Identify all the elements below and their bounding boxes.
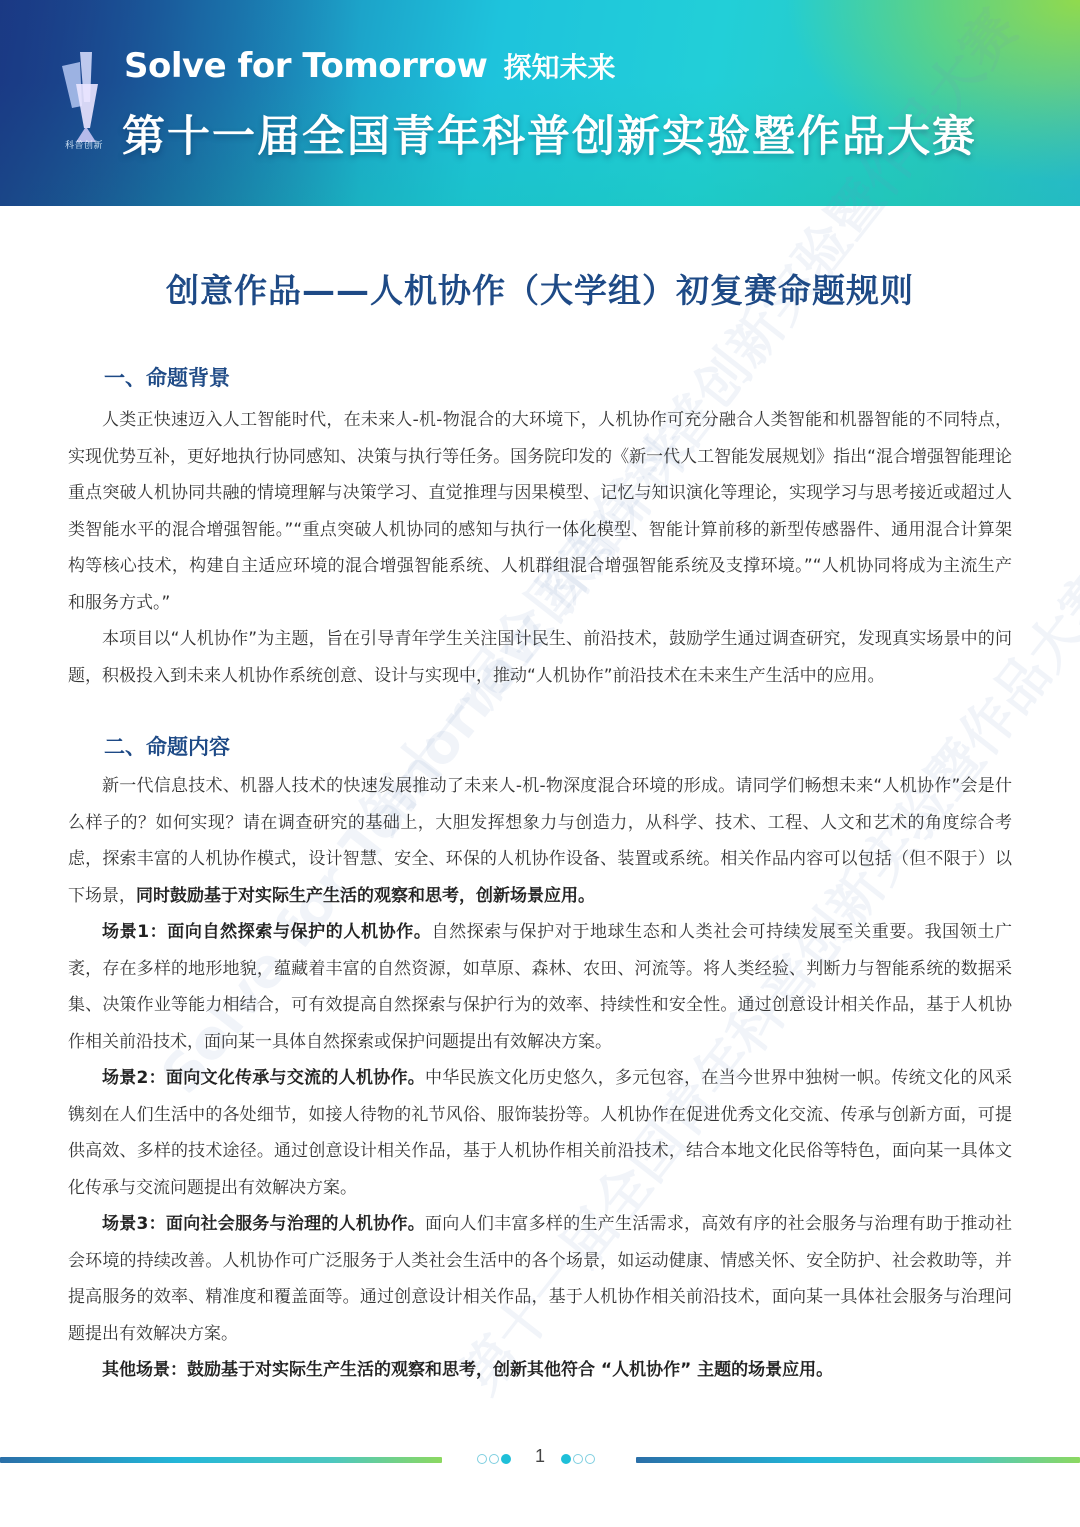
other-scenes-text: 其他场景：鼓励基于对实际生产生活的观察和思考，创新其他符合 “人机协作” 主题的… xyxy=(102,1360,833,1380)
logo-label: 科普创新 xyxy=(58,138,110,151)
trophy-logo-icon xyxy=(60,50,106,150)
paragraph-intro: 新一代信息技术、机器人技术的快速发展推动了未来人-机-物深度混合环境的形成。请同… xyxy=(68,768,1012,914)
dot-icon xyxy=(573,1454,583,1464)
scene-title: 场景1：面向自然探索与保护的人机协作。 xyxy=(102,922,431,942)
contest-title: 第十一届全国青年科普创新实验暨作品大赛 xyxy=(122,103,977,164)
section-background-body: 人类正快速迈入人工智能时代，在未来人-机-物混合的大环境下，人机协作可充分融合人… xyxy=(68,402,1012,694)
scene-title: 场景3：面向社会服务与治理的人机协作。 xyxy=(102,1214,425,1234)
header-banner: 科普创新 Solve for Tomorrow 探知未来 第十一届全国青年科普创… xyxy=(0,0,1080,206)
dot-icon xyxy=(477,1454,487,1464)
page-number: 1 xyxy=(530,1446,550,1467)
section-heading-content: 二、命题内容 xyxy=(104,731,230,761)
intro-emphasis: 同时鼓励基于对实际生产生活的观察和思考，创新场景应用。 xyxy=(136,886,595,906)
paragraph: 人类正快速迈入人工智能时代，在未来人-机-物混合的大环境下，人机协作可充分融合人… xyxy=(68,402,1012,621)
dot-icon xyxy=(489,1454,499,1464)
document-title: 创意作品——人机协作（大学组）初复赛命题规则 xyxy=(0,265,1080,312)
footer-dots-right xyxy=(561,1454,595,1464)
brand-name-cn: 探知未来 xyxy=(503,46,615,86)
scene-title: 场景2：面向文化传承与交流的人机协作。 xyxy=(102,1068,425,1088)
scene-paragraph: 场景2：面向文化传承与交流的人机协作。中华民族文化历史悠久，多元包容，在当今世界… xyxy=(68,1060,1012,1206)
footer-accent-bar-right xyxy=(636,1457,1080,1463)
page-footer: 1 xyxy=(0,1452,1080,1468)
brand-name-en: Solve for Tomorrow xyxy=(124,46,487,86)
other-scenes-paragraph: 其他场景：鼓励基于对实际生产生活的观察和思考，创新其他符合 “人机协作” 主题的… xyxy=(68,1352,1012,1389)
dot-filled-icon xyxy=(501,1454,511,1464)
brand-line: Solve for Tomorrow 探知未来 xyxy=(124,46,615,86)
paragraph: 本项目以“人机协作”为主题，旨在引导青年学生关注国计民生、前沿技术，鼓励学生通过… xyxy=(68,621,1012,694)
section-heading-background: 一、命题背景 xyxy=(104,362,230,392)
scene-paragraph: 场景1：面向自然探索与保护的人机协作。自然探索与保护对于地球生态和人类社会可持续… xyxy=(68,914,1012,1060)
dot-filled-icon xyxy=(561,1454,571,1464)
footer-accent-bar-left xyxy=(0,1457,442,1463)
section-content-body: 新一代信息技术、机器人技术的快速发展推动了未来人-机-物深度混合环境的形成。请同… xyxy=(68,768,1012,1389)
footer-dots-left xyxy=(477,1454,511,1464)
dot-icon xyxy=(585,1454,595,1464)
scene-paragraph: 场景3：面向社会服务与治理的人机协作。面向人们丰富多样的生产生活需求，高效有序的… xyxy=(68,1206,1012,1352)
